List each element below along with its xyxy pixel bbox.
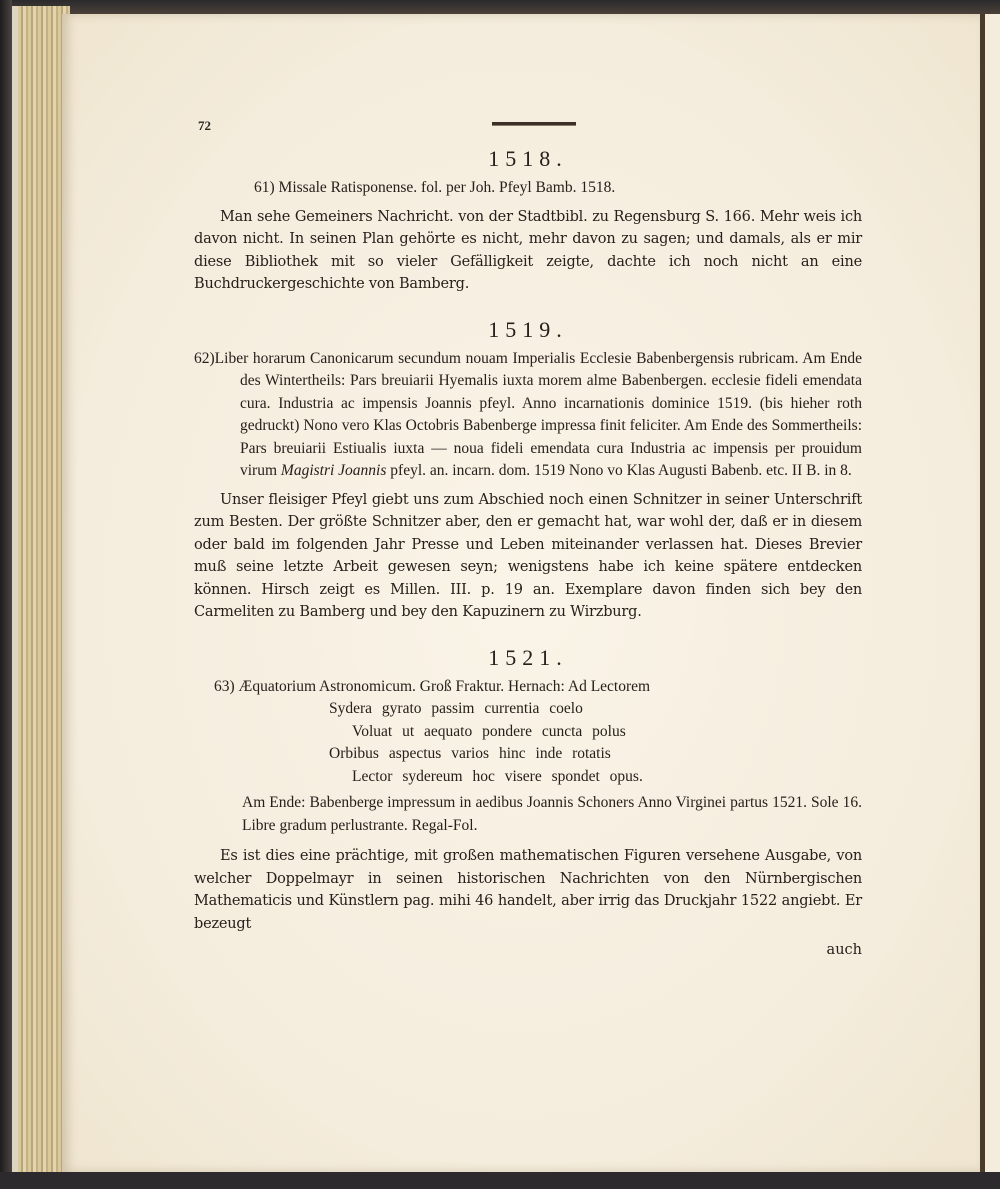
- page-number: 72: [198, 118, 211, 134]
- poem-line: Lector sydereum hoc visere spondet opus.: [194, 766, 862, 789]
- entry-number: 61): [254, 179, 275, 196]
- poem-line: Sydera gyrato passim currentia coelo: [194, 698, 862, 721]
- section-1518: 1518. 61) Missale Ratisponense. fol. per…: [194, 145, 862, 296]
- next-page-edge: [980, 14, 1000, 1172]
- entry-description: 62)Liber horarum Canonicarum secundum no…: [194, 348, 862, 483]
- header-rule: [492, 122, 576, 126]
- entry-title: 61) Missale Ratisponense. fol. per Joh. …: [194, 177, 862, 200]
- section-1521: 1521. 63) Æquatorium Astronomicum. Groß …: [194, 644, 862, 962]
- page-content: 1518. 61) Missale Ratisponense. fol. per…: [194, 145, 862, 962]
- poem-line: Voluat ut aequato pondere cuncta polus: [194, 721, 862, 744]
- commentary-paragraph: Unser fleisiger Pfeyl giebt uns zum Absc…: [194, 489, 862, 624]
- entry-number: 62): [194, 350, 215, 367]
- entry-text-part1: Liber horarum Canonicarum secundum nouam…: [215, 350, 862, 480]
- commentary-paragraph: Man sehe Gemeiners Nachricht. von der St…: [194, 206, 862, 296]
- entry-number: 63): [214, 678, 235, 695]
- commentary-paragraph: Es ist dies eine prächtige, mit großen m…: [194, 845, 862, 935]
- book-cover-bottom: [0, 1172, 1000, 1189]
- poem: Sydera gyrato passim currentia coelo Vol…: [194, 698, 862, 788]
- year-heading: 1519.: [194, 316, 862, 344]
- year-heading: 1518.: [194, 145, 862, 173]
- poem-line: Orbibus aspectus varios hinc inde rotati…: [194, 743, 862, 766]
- book-cover-top: [0, 0, 1000, 14]
- year-heading: 1521.: [194, 644, 862, 672]
- colophon: Am Ende: Babenberge impressum in aedibus…: [194, 792, 862, 837]
- entry-text-part2: pfeyl. an. incarn. dom. 1519 Nono vo Kla…: [390, 462, 851, 479]
- section-1519: 1519. 62)Liber horarum Canonicarum secun…: [194, 316, 862, 624]
- entry-title-text: Missale Ratisponense. fol. per Joh. Pfey…: [279, 179, 616, 196]
- book-cover-left: [0, 0, 12, 1189]
- entry-title: 63) Æquatorium Astronomicum. Groß Fraktu…: [194, 676, 862, 699]
- entry-text-italic: Magistri Joannis: [281, 462, 387, 479]
- entry-title-text: Æquatorium Astronomicum. Groß Fraktur. H…: [239, 678, 651, 695]
- catchword: auch: [194, 939, 862, 962]
